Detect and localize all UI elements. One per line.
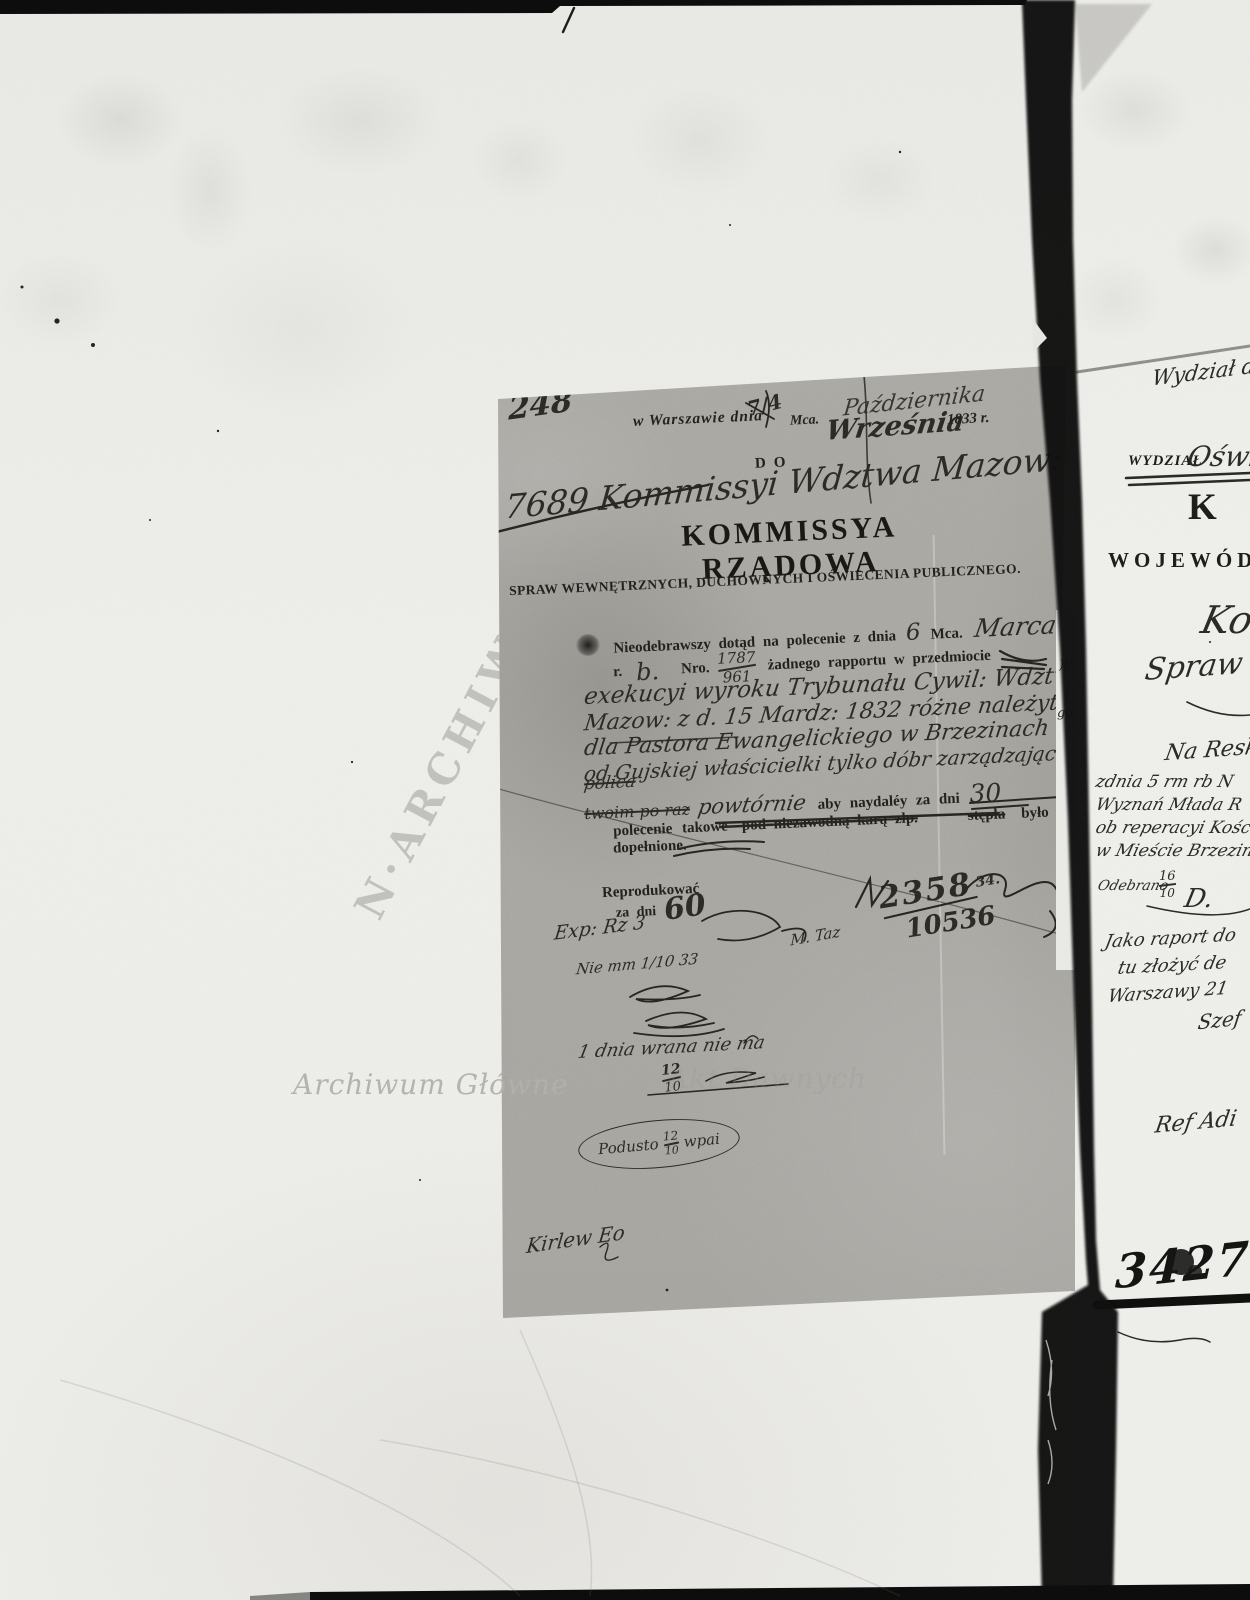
bottom-black-strip <box>310 1584 1250 1600</box>
top-black-strip <box>0 0 1027 14</box>
photo-overlay <box>0 0 1250 1600</box>
page-creases <box>60 1330 900 1596</box>
book-gutter <box>1022 0 1118 1600</box>
gutter-shadow-wedge <box>1075 4 1152 92</box>
pen-mark-top <box>563 8 574 32</box>
bottom-strip-fade <box>250 1592 310 1600</box>
